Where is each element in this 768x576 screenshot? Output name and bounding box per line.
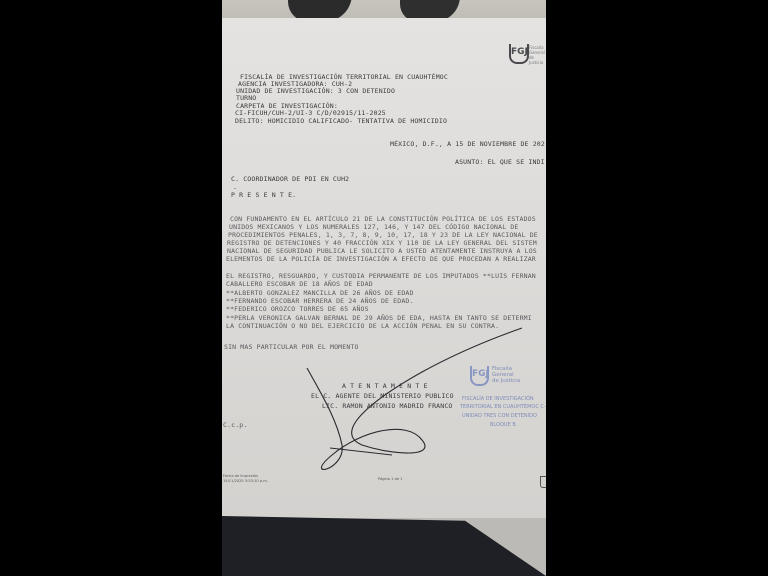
header-line: UNIDAD DE INVESTIGACIÓN: 3 CON DETENIDO	[236, 88, 395, 95]
header-line: TURNO	[236, 95, 256, 102]
closing: SIN MAS PARTICULAR POR EL MOMENTO	[224, 344, 359, 351]
body-line: PROCEDIMIENTOS PENALES, 1, 3, 7, 8, 9, 1…	[228, 232, 538, 239]
imputado-line: **FEDERICO OROZCO TORRES DE 65 AÑOS	[226, 306, 369, 313]
body-line: LA CONTINUACIÓN O NO DEL EJERCICIO DE LA…	[226, 323, 499, 330]
case-number: CI-FICUH/CUH-2/UI-3 C/D/02915/11-2025	[235, 110, 386, 117]
subject: ASUNTO: EL QUE SE INDI	[455, 159, 545, 166]
place-date: MÉXICO, D.F., A 15 DE NOVIEMBRE DE 202	[390, 141, 545, 148]
body-line: CABALLERO ESCOBAR DE 18 AÑOS DE EDAD	[226, 281, 373, 288]
page-number: Página 1 de 1	[378, 477, 402, 481]
fgj-stamp-icon: FGJ	[470, 366, 489, 386]
fgj-shield-icon: FGJ	[509, 44, 529, 64]
print-date-label: Fecha de impresión	[223, 474, 258, 478]
body-line: CON FUNDAMENTO EN EL ARTÍCULO 21 DE LA C…	[230, 216, 536, 223]
presente: P R E S E N T E.	[231, 192, 296, 199]
addressee-mark: .	[233, 184, 237, 191]
stamp-org: Fiscalía General de Justicia	[492, 366, 520, 384]
logo-caption: Fiscalía General de Justicia	[529, 45, 546, 65]
body-line: NACIONAL DE SEGURIDAD PUBLICA LE SOLICIT…	[227, 248, 537, 255]
body-line: UNIDOS MEXICANOS Y LOS NUMERALES 127, 14…	[229, 224, 519, 231]
official-stamp: FGJ Fiscalía General de Justicia FISCALÍ…	[462, 362, 546, 442]
fgj-logo: FGJ Fiscalía General de Justicia	[509, 44, 546, 66]
offense: DELITO: HOMICIDIO CALIFICADO- TENTATIVA …	[235, 118, 447, 125]
print-date-value: 15/11/2025 3:53:10 p.m.	[223, 479, 268, 483]
imputado-line: **ALBERTO GONZALEZ MANCILLA DE 26 AÑOS D…	[226, 290, 414, 297]
body-line: EL REGISTRO, RESGUARDO, Y CUSTODIA PERMA…	[226, 273, 536, 280]
footer-logo-icon	[540, 476, 546, 488]
addressee: C. COORDINADOR DE PDI EN CUH2	[231, 176, 349, 183]
signature-atentamente: A T E N T A M E N T E	[342, 383, 428, 390]
body-line: ELEMENTOS DE LA POLICÍA DE INVESTIGACIÓN…	[226, 256, 536, 263]
ccp: C.c.p.	[223, 422, 247, 429]
body-line: REGISTRO DE DETENCIONES Y 40 FRACCIÓN XI…	[227, 240, 537, 247]
signature-name: LIC. RAMON ANTONIO MADRID FRANCO	[322, 403, 452, 410]
imputado-line: **PERLA VERONICA GALVAN BERNAL DE 29 AÑO…	[226, 315, 532, 322]
document-photo: FGJ Fiscalía General de Justicia FISCALÍ…	[222, 0, 546, 576]
signature-title: EL C. AGENTE DEL MINISTERIO PUBLICO	[311, 393, 454, 400]
imputado-line: **FERNANDO ESCOBAR HERRERA DE 24 AÑOS DE…	[226, 298, 414, 305]
